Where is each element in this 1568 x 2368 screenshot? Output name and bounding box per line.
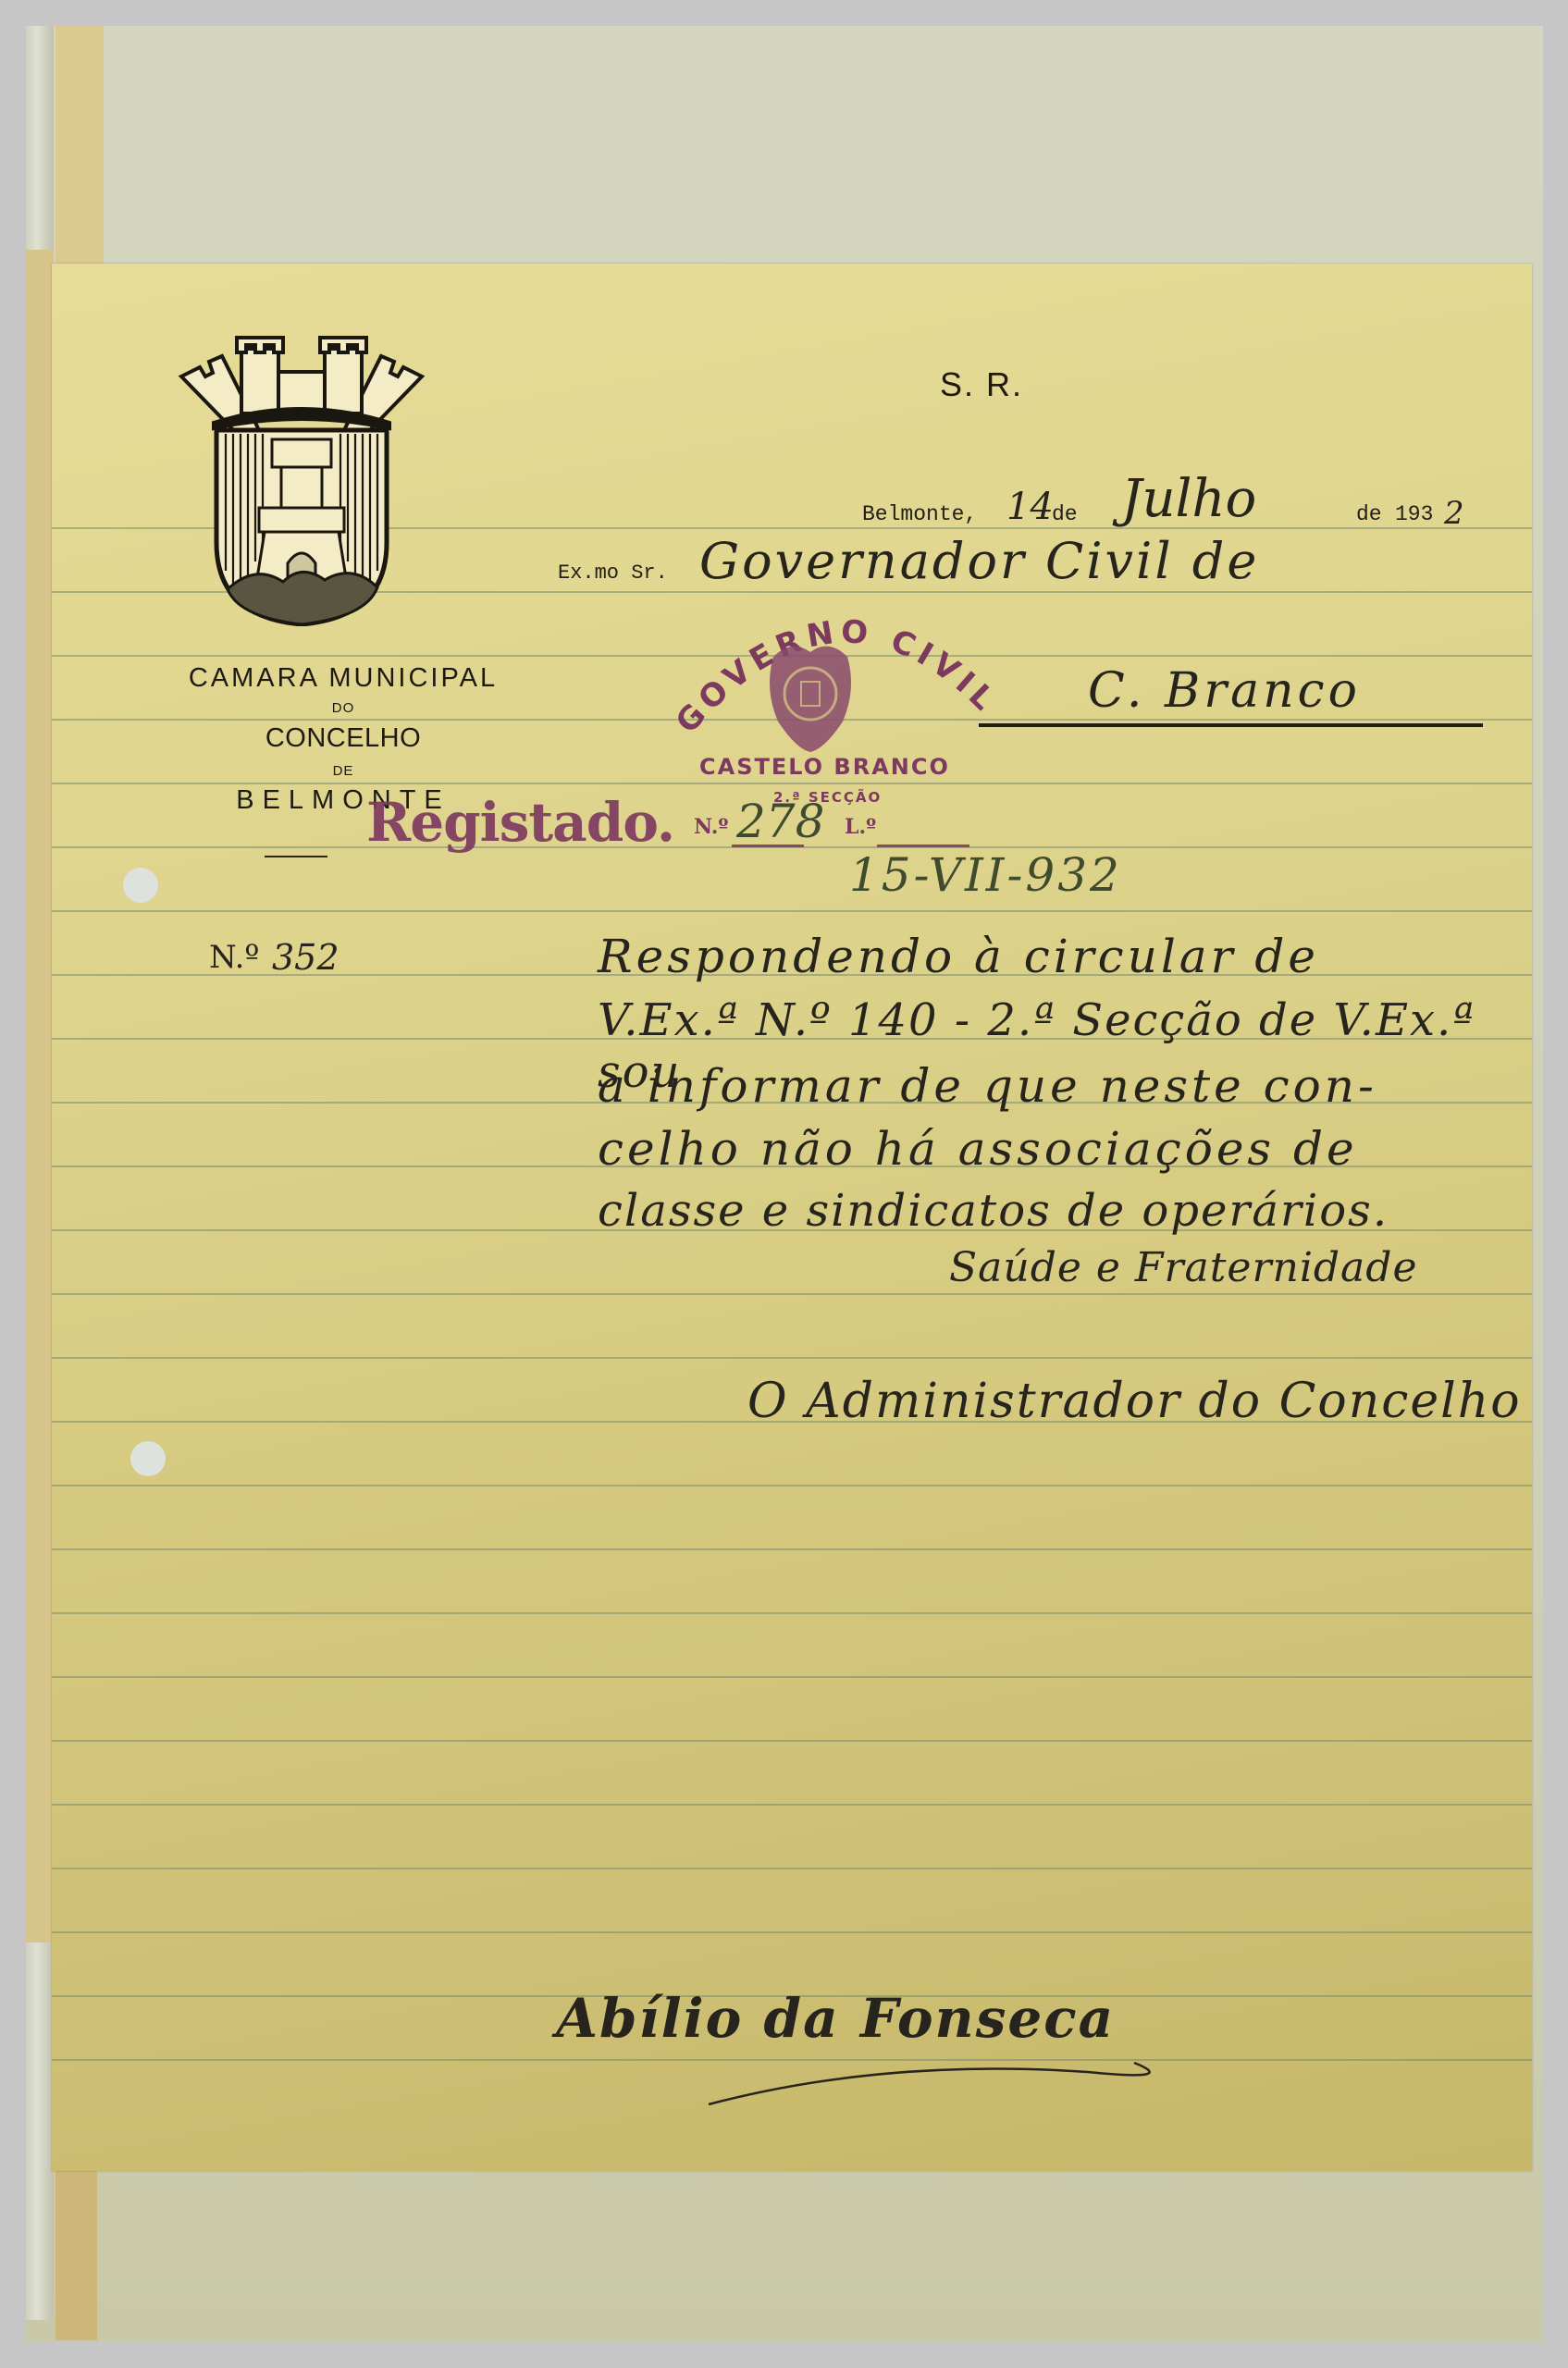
body-line: celho não há associações de <box>598 1122 1358 1176</box>
page-edge-strip <box>26 250 54 1942</box>
dateline-month: Julho <box>1121 469 1256 529</box>
dateline-day: 14 <box>1006 486 1054 528</box>
body-line: classe e sindicatos de operários. <box>598 1185 1389 1237</box>
addressee-place: C. Branco <box>1088 663 1361 719</box>
reference-number: 352 <box>272 937 340 978</box>
signature-title: O Administrador do Concelho <box>747 1374 1522 1429</box>
punch-hole <box>123 868 158 903</box>
signature: Abílio da Fonseca <box>556 1987 1115 2050</box>
registration-number-underline <box>732 845 804 847</box>
body-line: a informar de que neste con- <box>598 1059 1377 1113</box>
registado-stamp: Registado. <box>366 791 674 854</box>
addressee-underline <box>979 723 1483 727</box>
body-line: Respondendo à circular de <box>598 930 1319 983</box>
closing-line: Saúde e Fraternidade <box>949 1244 1418 1291</box>
letterhead-divider <box>265 856 327 857</box>
signature-flourish <box>699 2053 1180 2109</box>
coat-of-arms-icon <box>163 321 440 626</box>
page-edge-strip <box>56 2164 97 2340</box>
dateline-place: Belmonte, <box>862 502 977 526</box>
page-edge-strip <box>56 26 104 266</box>
letterhead-line-de: DE <box>135 763 551 779</box>
dateline-year-hand: 2 <box>1444 495 1464 532</box>
letter-sheet: CAMARA MUNICIPAL DO CONCELHO DE BELMONTE… <box>52 264 1532 2171</box>
portugal-arms-seal-icon <box>755 634 866 754</box>
reference-label: N.º <box>209 939 259 976</box>
registration-number-label: N.º <box>694 815 728 839</box>
addressee-salutation: Ex.mo Sr. <box>558 561 668 585</box>
received-date: 15-VII-932 <box>849 848 1122 902</box>
letterhead-line-do: DO <box>135 700 551 716</box>
punch-hole <box>130 1441 166 1476</box>
book-label: L.º <box>845 815 876 839</box>
dateline-de: de <box>1356 502 1382 526</box>
service-mark: S. R. <box>940 365 1023 404</box>
letterhead-line-camara: CAMARA MUNICIPAL <box>135 663 551 694</box>
dateline-de: de <box>1052 502 1078 526</box>
dateline-year: 193 <box>1395 502 1433 526</box>
letterhead-line-concelho: CONCELHO <box>135 723 551 754</box>
registration-number: 278 <box>736 795 824 848</box>
governo-civil-city: CASTELO BRANCO <box>699 754 950 780</box>
book-underline <box>877 845 969 847</box>
